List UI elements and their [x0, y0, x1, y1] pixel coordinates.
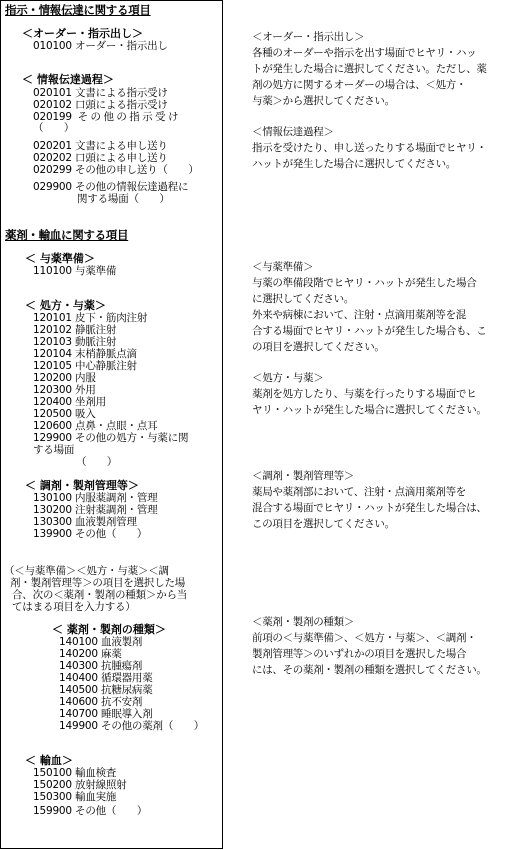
desc-prep: ＜与薬準備＞ 与薬の準備段階でヒヤリ・ハットが発生した場合 に選択してください。…	[252, 259, 510, 355]
desc-drug-type: ＜薬剤・製剤の種類＞ 前項の＜与薬準備＞、＜処方・与薬＞、＜調剤・ 製剤管理等＞…	[252, 614, 510, 678]
group-label-info-transfer: ＜ 情報伝達過程＞	[22, 74, 114, 86]
list-item: 020102 口頭による指示受け	[33, 99, 168, 111]
list-item: 140600 抗不安剤	[59, 696, 142, 708]
list-item: 120105 中心静脈注射	[33, 360, 137, 372]
list-item: 159900 その他（ ）	[33, 805, 147, 817]
list-item: 010100 オーダー・指示出し	[33, 40, 168, 52]
list-item: 140100 血液製剤	[59, 636, 142, 648]
list-item-cont: 関する場面（ ）	[77, 193, 170, 205]
list-item: 020101 文書による指示受け	[33, 87, 168, 99]
list-item: 020299 その他の申し送り（ ）	[33, 164, 199, 176]
desc-heading: ＜オーダー・指示出し＞	[252, 29, 510, 45]
desc-info-transfer: ＜情報伝達過程＞ 指示を受けたり、申し送ったりする場面でヒヤリ・ ハットが発生し…	[252, 124, 510, 172]
list-item: 140400 循環器用薬	[59, 672, 153, 684]
group-label-transfusion: ＜ 輸血＞	[25, 755, 73, 767]
group-label-order: ＜オーダー・指示出し＞	[22, 28, 143, 40]
note-line: てはまる項目を入力する）	[12, 601, 136, 613]
list-item: 120104 末梢静脈点滴	[33, 348, 137, 360]
list-item: 140700 睡眠導入剤	[59, 708, 153, 720]
desc-heading: ＜調剤・製剤管理等＞	[252, 468, 510, 484]
list-item: 129900 その他の処方・与薬に関	[33, 432, 188, 444]
list-item-cont: （ ）	[76, 456, 117, 468]
list-item: 130100 内服薬調剤・管理	[33, 492, 157, 504]
section-title-drug: 薬剤・輸血に関する項目	[5, 229, 128, 241]
list-item: 020201 文書による申し送り	[33, 140, 168, 152]
list-item: 139900 その他（ ）	[33, 528, 147, 540]
list-item: 120600 点鼻・点眼・点耳	[33, 420, 157, 432]
group-label-drug-type: ＜ 薬剤・製剤の種類＞	[52, 624, 166, 636]
list-item: 110100 与薬準備	[33, 265, 116, 277]
list-item: 120102 静脈注射	[33, 324, 116, 336]
list-item: 140200 麻薬	[59, 648, 122, 660]
desc-heading: ＜与薬準備＞	[252, 259, 510, 275]
desc-prescription: ＜処方・与薬＞ 薬剤を処方したり、与薬を行ったりする場面でヒ ヤリ・ハットが発生…	[252, 370, 510, 418]
list-item: 150200 放射線照射	[33, 779, 127, 791]
list-item: 149900 その他の薬剤（ ）	[59, 720, 204, 732]
list-item: 029900 その他の情報伝達過程に	[33, 181, 188, 193]
list-item: 120500 吸入	[33, 408, 96, 420]
list-item: 120200 内服	[33, 372, 96, 384]
list-item-cont: （ ）	[33, 122, 74, 134]
list-item: 130300 血液製剤管理	[33, 516, 137, 528]
list-item: 140500 抗糖尿病薬	[59, 684, 153, 696]
list-item: 020202 口頭による申し送り	[33, 152, 168, 164]
note-line: 剤・製剤管理等＞の項目を選択した場	[10, 577, 185, 589]
list-item-cont: する場面	[33, 444, 74, 456]
group-label-prep: ＜ 与薬準備＞	[25, 253, 95, 265]
list-item: 120103 動脈注射	[33, 336, 116, 348]
list-item: 130200 注射薬調剤・管理	[33, 504, 157, 516]
list-item: 120400 坐剤用	[33, 396, 106, 408]
desc-heading: ＜処方・与薬＞	[252, 370, 510, 386]
note-line: 合、次の＜薬剤・製剤の種類＞から当	[12, 589, 187, 601]
desc-heading: ＜薬剤・製剤の種類＞	[252, 614, 510, 630]
desc-dispensing: ＜調剤・製剤管理等＞ 薬局や薬剤部において、注射・点滴用薬剤等を 混合する場面で…	[252, 468, 510, 532]
section-title-instruction: 指示・情報伝達に関する項目	[5, 4, 151, 16]
list-item: 150100 輸血検査	[33, 767, 116, 779]
group-label-dispensing: ＜ 調剤・製剤管理等＞	[25, 480, 139, 492]
group-label-prescription: ＜ 処方・与薬＞	[25, 300, 106, 312]
list-item: 140300 抗腫瘍剤	[59, 660, 142, 672]
desc-order: ＜オーダー・指示出し＞ 各種のオーダーや指示を出す場面でヒヤリ・ハッ トが発生し…	[252, 29, 510, 109]
list-item: 120300 外用	[33, 384, 96, 396]
list-item: 150300 輸血実施	[33, 791, 116, 803]
list-item: 120101 皮下・筋肉注射	[33, 312, 147, 324]
desc-heading: ＜情報伝達過程＞	[252, 124, 510, 140]
note-line: （＜与薬準備＞＜処方・与薬＞＜調	[4, 565, 169, 577]
